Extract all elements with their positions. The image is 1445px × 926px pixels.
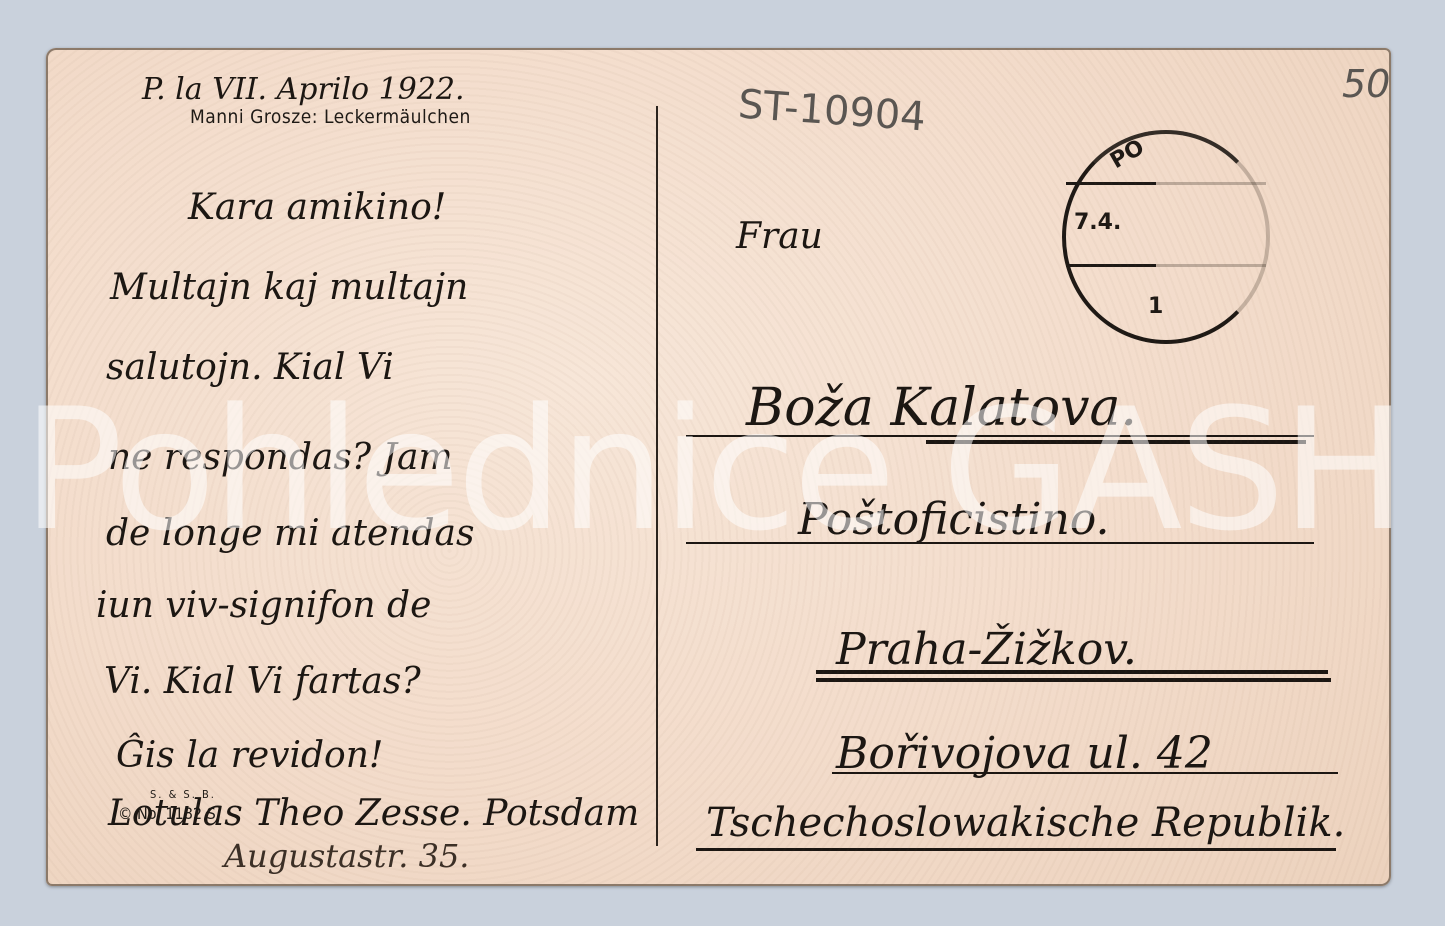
publisher-caption: Manni Grosze: Leckermäulchen	[190, 106, 471, 128]
recipient-city: Praha-Žižkov.	[836, 624, 1137, 675]
message-line: Vi. Kial Vi fartas?	[104, 664, 421, 700]
sender-street: Augustastr. 35.	[224, 840, 469, 872]
publisher-series: S. & S. B.	[150, 788, 216, 801]
postmark-stamp: PO 7.4. 1	[1062, 130, 1270, 344]
recipient-name: Boža Kalatova.	[746, 378, 1137, 438]
message-line: Multajn kaj multajn	[110, 270, 468, 306]
address-rule	[832, 772, 1338, 774]
message-line: salutojn. Kial Vi	[106, 350, 394, 386]
address-rule	[686, 435, 1314, 437]
message-line: ne respondas? Jam	[108, 440, 453, 476]
message-line: Kara amikino!	[188, 190, 446, 226]
message-line: Ĝis la revidon!	[116, 738, 383, 774]
address-rule	[686, 542, 1314, 544]
postmark-band	[1066, 264, 1266, 267]
catalog-code: ST-10904	[737, 82, 928, 141]
message-line: iun viv-signifon de	[96, 588, 431, 624]
address-rule	[816, 670, 1328, 674]
postmark-band	[1066, 182, 1266, 185]
address-rule	[926, 440, 1306, 444]
postmark-office-number: 1	[1148, 294, 1163, 319]
postmark-city: PO	[1106, 135, 1149, 174]
address-rule	[816, 678, 1331, 682]
recipient-country: Tschechoslowakische Republik.	[706, 800, 1345, 846]
address-salutation: Frau	[736, 216, 823, 257]
date-line: P. la VII. Aprilo 1922.	[142, 72, 465, 107]
publisher-number: © No. 1182 S.	[118, 804, 220, 823]
message-line: de longe mi atendas	[106, 516, 474, 552]
address-rule	[696, 848, 1336, 851]
postcard-back: P. la VII. Aprilo 1922. Manni Grosze: Le…	[46, 48, 1391, 886]
recipient-occupation: Poštoficistino.	[798, 494, 1110, 545]
center-divider	[656, 106, 658, 846]
price-mark: 50	[1342, 62, 1390, 106]
postmark-date: 7.4.	[1074, 210, 1121, 235]
